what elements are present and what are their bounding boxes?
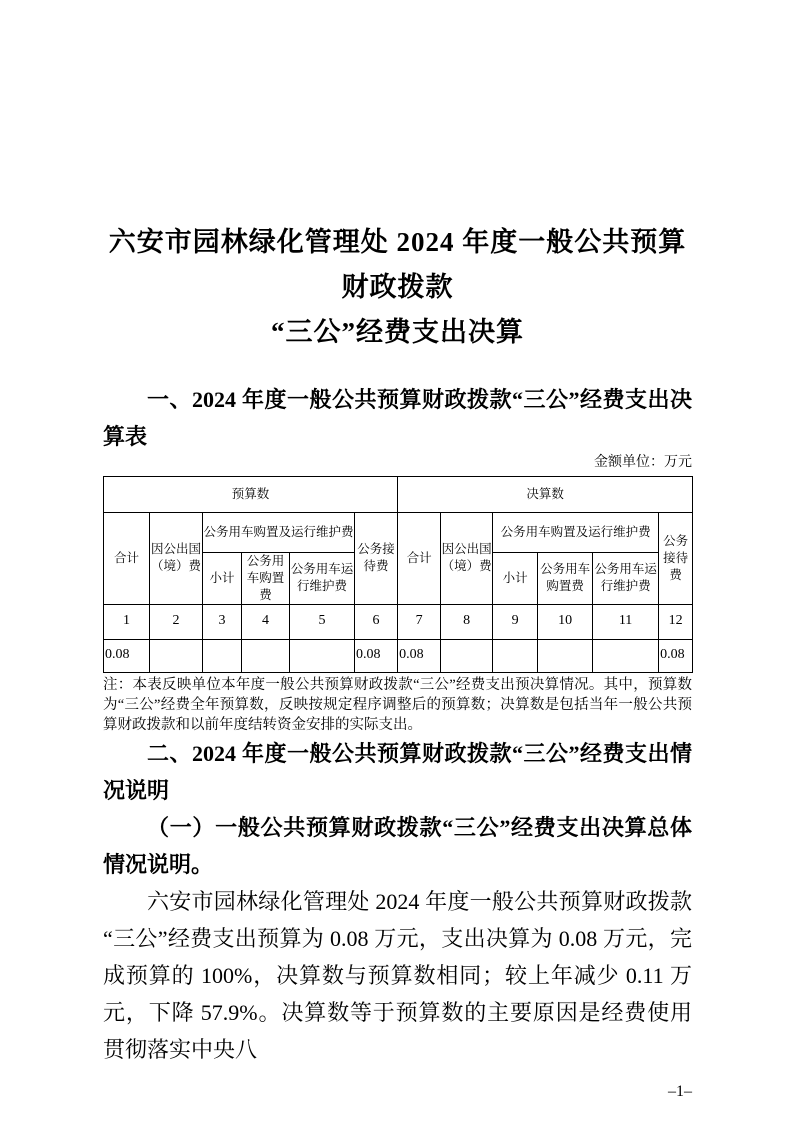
value-cell: 0.08 (355, 639, 398, 672)
budget-maintenance-header: 公务用车运行维护费 (290, 553, 355, 605)
col-number: 3 (203, 604, 242, 639)
value-cell (538, 639, 593, 672)
value-cell (441, 639, 493, 672)
final-group-header: 决算数 (398, 477, 693, 513)
document-page: 六安市园林绿化管理处 2024 年度一般公共预算财政拨款 “三公”经费支出决算 … (0, 0, 793, 1122)
budget-abroad-header: 因公出国（境）费 (150, 513, 203, 605)
table-column-number-row: 1 2 3 4 5 6 7 8 9 10 11 12 (104, 604, 693, 639)
page-number: –1– (103, 1083, 692, 1100)
budget-purchase-header: 公务用车购置费 (242, 553, 290, 605)
document-title-line2: “三公”经费支出决算 (103, 310, 692, 355)
document-title-line1: 六安市园林绿化管理处 2024 年度一般公共预算财政拨款 (103, 220, 692, 310)
col-number: 5 (290, 604, 355, 639)
three-public-expense-table: 预算数 决算数 合计 因公出国（境）费 公务用车购置及运行维护费 公务接待费 合… (103, 476, 693, 673)
value-cell (242, 639, 290, 672)
section-two-paragraph: 六安市园林绿化管理处 2024 年度一般公共预算财政拨款“三公”经费支出预算为 … (103, 883, 692, 1068)
col-number: 12 (659, 604, 693, 639)
budget-reception-header: 公务接待费 (355, 513, 398, 605)
value-cell: 0.08 (398, 639, 441, 672)
value-cell (150, 639, 203, 672)
col-number: 9 (493, 604, 538, 639)
final-vehicle-group-header: 公务用车购置及运行维护费 (493, 513, 659, 553)
table-note: 注：本表反映单位本年度一般公共预算财政拨款“三公”经费支出预决算情况。其中，预算… (103, 675, 692, 735)
document-title: 六安市园林绿化管理处 2024 年度一般公共预算财政拨款 “三公”经费支出决算 (103, 220, 692, 355)
table-top-header-row: 预算数 决算数 (104, 477, 693, 513)
budget-vehicle-group-header: 公务用车购置及运行维护费 (203, 513, 355, 553)
budget-subtotal-header: 小计 (203, 553, 242, 605)
budget-group-header: 预算数 (104, 477, 398, 513)
final-reception-header: 公务接待费 (659, 513, 693, 605)
final-total-header: 合计 (398, 513, 441, 605)
table-value-row: 0.08 0.08 0.08 0.08 (104, 639, 693, 672)
section-one-heading: 一、2024 年度一般公共预算财政拨款“三公”经费支出决算表 (103, 381, 692, 455)
col-number: 11 (593, 604, 659, 639)
col-number: 10 (538, 604, 593, 639)
col-number: 8 (441, 604, 493, 639)
value-cell (203, 639, 242, 672)
value-cell: 0.08 (104, 639, 150, 672)
col-number: 1 (104, 604, 150, 639)
amount-unit-label: 金额单位：万元 (103, 455, 692, 471)
value-cell (290, 639, 355, 672)
col-number: 7 (398, 604, 441, 639)
col-number: 4 (242, 604, 290, 639)
table-subheader-row-1: 合计 因公出国（境）费 公务用车购置及运行维护费 公务接待费 合计 因公出国（境… (104, 513, 693, 553)
col-number: 2 (150, 604, 203, 639)
value-cell (593, 639, 659, 672)
final-maintenance-header: 公务用车运行维护费 (593, 553, 659, 605)
budget-total-header: 合计 (104, 513, 150, 605)
value-cell: 0.08 (659, 639, 693, 672)
final-subtotal-header: 小计 (493, 553, 538, 605)
col-number: 6 (355, 604, 398, 639)
value-cell (493, 639, 538, 672)
final-abroad-header: 因公出国（境）费 (441, 513, 493, 605)
section-two-heading: 二、2024 年度一般公共预算财政拨款“三公”经费支出情况说明 (103, 735, 692, 809)
page-content: 六安市园林绿化管理处 2024 年度一般公共预算财政拨款 “三公”经费支出决算 … (0, 220, 793, 1100)
section-two-sub-heading: （一）一般公共预算财政拨款“三公”经费支出决算总体情况说明。 (103, 809, 692, 883)
final-purchase-header: 公务用车购置费 (538, 553, 593, 605)
